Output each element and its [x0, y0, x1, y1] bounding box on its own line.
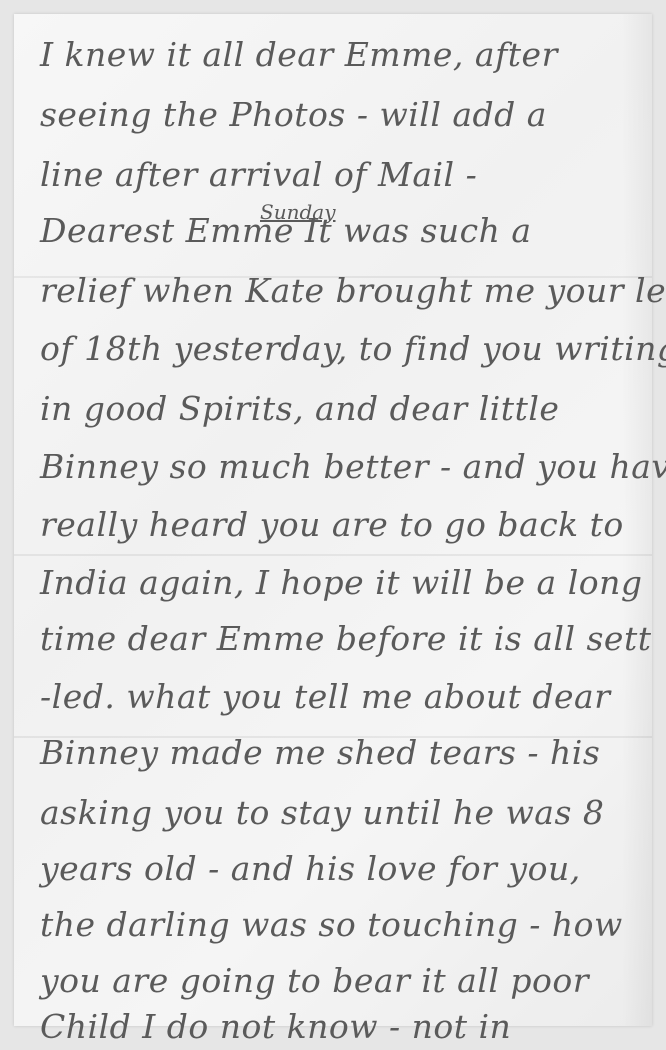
paper-fold: [14, 554, 652, 556]
letter-line: line after arrival of Mail -: [40, 158, 642, 191]
letter-line: years old - and his love for you,: [40, 852, 642, 885]
letter-line: Binney made me shed tears - his: [40, 736, 642, 769]
letter-line: time dear Emme before it is all sett: [40, 622, 642, 655]
letter-line: India again, I hope it will be a long: [40, 566, 642, 599]
letter-line: seeing the Photos - will add a: [40, 98, 642, 131]
letter-line: asking you to stay until he was 8: [40, 796, 642, 829]
letter-line: Child I do not know - not in: [40, 1010, 656, 1043]
letter-line: Dearest Emme It was such a: [40, 214, 642, 247]
letter-page: I knew it all dear Emme, after seeing th…: [14, 14, 652, 1026]
letter-line: -led. what you tell me about dear: [40, 680, 642, 713]
letter-line: in good Spirits, and dear little: [40, 392, 642, 425]
letter-line: I knew it all dear Emme, after: [40, 38, 642, 71]
letter-line: you are going to bear it all poor: [40, 964, 642, 997]
letter-line: really heard you are to go back to: [40, 508, 642, 541]
letter-line: of 18th yesterday, to find you writing: [40, 332, 642, 365]
letter-line: relief when Kate brought me your letter: [40, 274, 642, 307]
letter-line: Binney so much better - and you have: [40, 450, 642, 483]
letter-line: the darling was so touching - how: [40, 908, 642, 941]
